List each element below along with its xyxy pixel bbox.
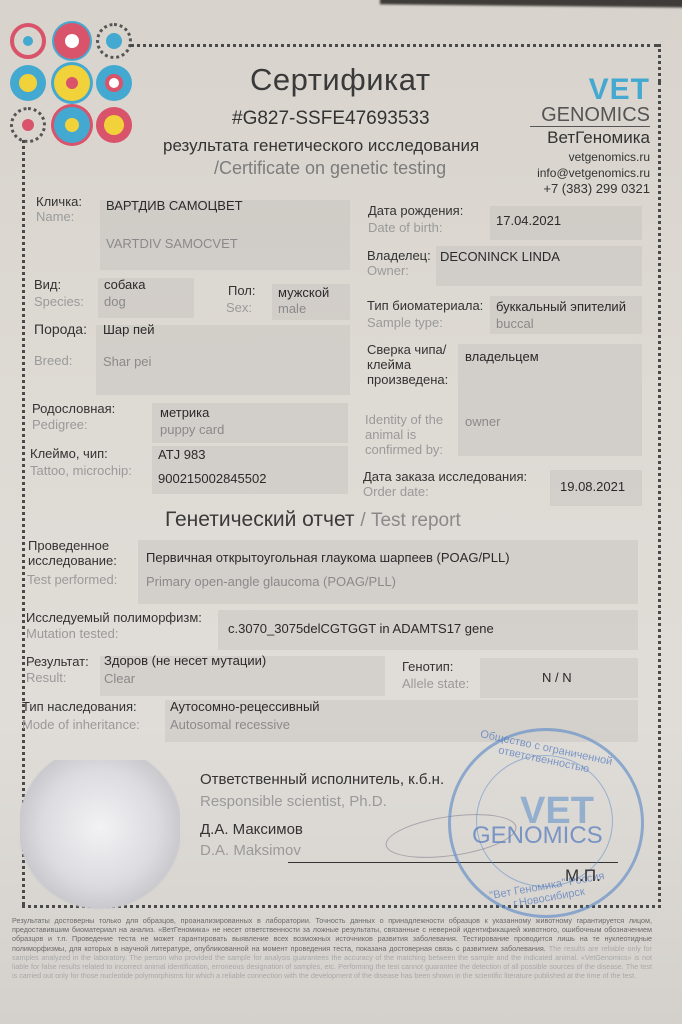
company-phone: +7 (383) 299 0321 — [530, 181, 650, 197]
scientist-name-en: D.A. Maksimov — [200, 843, 301, 858]
name-value-ru: ВАРТДИВ САМОЦВЕТ — [106, 198, 243, 213]
tattoo-label-ru: Клеймо, чип: — [30, 446, 108, 461]
report-title: Генетический отчет / Test report — [165, 508, 461, 532]
circle-icon — [10, 23, 46, 59]
sex-label-en: Sex: — [226, 300, 252, 315]
name-value-en: VARTDIV SAMOCVET — [106, 236, 238, 251]
circle-icon — [96, 23, 132, 59]
sample-type-label-en: Sample type: — [367, 315, 443, 330]
scientist-role-en: Responsible scientist, Ph.D. — [200, 794, 387, 809]
circle-icon — [54, 23, 90, 59]
genotype-label-en: Allele state: — [402, 676, 469, 691]
result-value-ru: Здоров (не несет мутации) — [104, 653, 266, 668]
photo-edge-shadow — [380, 0, 682, 8]
identity-value-en: owner — [465, 414, 500, 429]
logo-genomics: GENOMICS — [530, 104, 650, 127]
scientist-role-ru: Ответственный исполнитель, к.б.н. — [200, 772, 444, 787]
tattoo-value: ATJ 983 — [158, 447, 205, 462]
order-date-label-ru: Дата заказа исследования: — [363, 469, 527, 484]
stamp-logo-genomics: GENOMICS — [472, 822, 603, 850]
sex-label-ru: Пол: — [228, 283, 256, 298]
birth-date-label-ru: Дата рождения: — [368, 203, 463, 218]
inheritance-label-ru: Тип наследования: — [22, 699, 137, 714]
company-name-ru: ВетГеномика — [530, 127, 650, 149]
identity-label-ru: Сверка чипа/клейма произведена: — [367, 342, 457, 387]
mutation-value: c.3070_3075delCGTGGT in ADAMTS17 gene — [228, 621, 494, 636]
certificate-number: #G827-SSFE47693533 — [232, 108, 430, 130]
order-date-label-en: Order date: — [363, 484, 429, 499]
embossed-seal-icon — [20, 760, 180, 910]
result-label-en: Result: — [26, 670, 66, 685]
owner-label-en: Owner: — [367, 263, 409, 278]
breed-value-ru: Шар пей — [103, 322, 155, 337]
subtitle-en: /Certificate on genetic testing — [214, 158, 446, 179]
birth-date-value: 17.04.2021 — [496, 213, 561, 228]
species-value-ru: собака — [104, 277, 145, 292]
logo-vet: VET — [530, 76, 650, 104]
sex-value-ru: мужской — [278, 285, 329, 300]
disclaimer-text: Результаты достоверны только для образцо… — [12, 916, 652, 980]
test-value-en: Primary open-angle glaucoma (POAG/PLL) — [146, 574, 396, 589]
subtitle-ru: результата генетического исследования — [163, 136, 479, 156]
tattoo-label-en: Tattoo, microchip: — [30, 463, 132, 478]
species-label-en: Species: — [34, 294, 84, 309]
sample-type-value-en: buccal — [496, 316, 534, 331]
species-value-en: dog — [104, 294, 126, 309]
test-label-ru: Проведенное исследование: — [28, 538, 138, 568]
owner-value: DECONINCK LINDA — [440, 249, 560, 264]
breed-label-en: Breed: — [34, 353, 72, 368]
company-email: info@vetgenomics.ru — [530, 165, 650, 181]
test-value-ru: Первичная открытоугольная глаукома шарпе… — [146, 550, 510, 565]
report-title-ru: Генетический отчет — [165, 508, 355, 531]
pedigree-label-en: Pedigree: — [32, 417, 88, 432]
birth-date-label-en: Date of birth: — [368, 220, 442, 235]
result-value-en: Clear — [104, 671, 135, 686]
name-label-ru: Кличка: — [36, 194, 82, 209]
genotype-value: N / N — [542, 670, 572, 685]
identity-value-ru: владельцем — [465, 349, 539, 364]
mutation-label-en: Mutation tested: — [26, 626, 119, 641]
test-label-en: Test performed: — [27, 572, 117, 587]
order-date-value: 19.08.2021 — [560, 479, 625, 494]
inheritance-value-en: Autosomal recessive — [170, 717, 290, 732]
inheritance-label-en: Mode of inheritance: — [22, 717, 140, 732]
certificate-title: Сертификат — [250, 62, 431, 98]
name-label-en: Name: — [36, 209, 74, 224]
result-label-ru: Результат: — [26, 654, 89, 669]
company-website: vetgenomics.ru — [530, 149, 650, 165]
species-label-ru: Вид: — [34, 277, 61, 292]
sample-type-label-ru: Тип биоматериала: — [367, 298, 483, 313]
pedigree-value-en: puppy card — [160, 422, 224, 437]
genotype-label-ru: Генотип: — [402, 659, 453, 674]
breed-value-en: Shar pei — [103, 354, 151, 369]
sample-type-value-ru: буккальный эпителий — [496, 299, 626, 314]
inheritance-value-ru: Аутосомно-рецессивный — [170, 699, 320, 714]
report-title-en: / Test report — [360, 510, 460, 531]
owner-label-ru: Владелец: — [367, 248, 431, 263]
sex-value-en: male — [278, 301, 306, 316]
microchip-value: 900215002845502 — [158, 471, 266, 486]
stamp-mark: М.П. — [565, 868, 601, 883]
company-logo-block: VET GENOMICS ВетГеномика vetgenomics.ru … — [530, 76, 650, 197]
pedigree-label-ru: Родословная: — [32, 401, 115, 416]
pedigree-value-ru: метрика — [160, 405, 209, 420]
scientist-name-ru: Д.А. Максимов — [200, 822, 303, 837]
identity-label-en: Identity of the animal is confirmed by: — [365, 412, 457, 457]
mutation-label-ru: Исследуемый полиморфизм: — [26, 610, 202, 625]
breed-label-ru: Порода: — [34, 322, 87, 337]
